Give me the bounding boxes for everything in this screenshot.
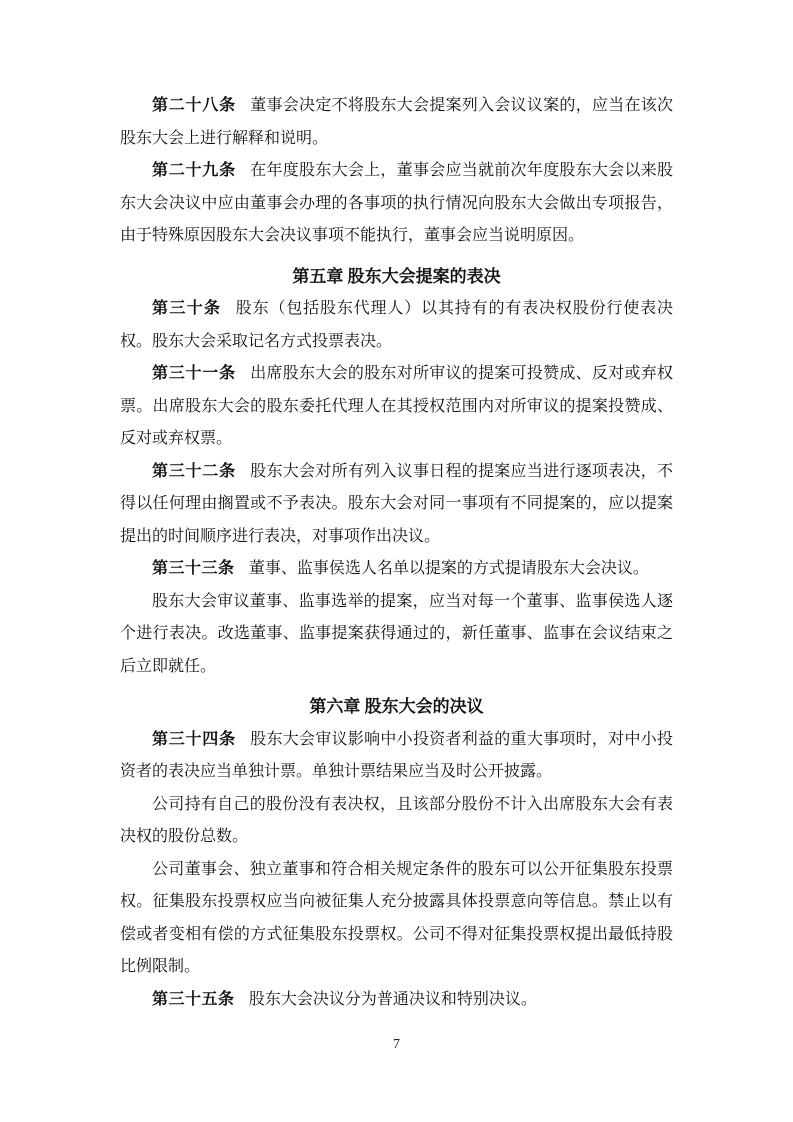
- page-number: 7: [0, 1036, 793, 1054]
- body-paragraph: 公司董事会、独立董事和符合相关规定条件的股东可以公开征集股东投票权。征集股东投票…: [120, 854, 673, 984]
- article-number: 第三十一条: [152, 365, 236, 382]
- document-body: 第二十八条董事会决定不将股东大会提案列入会议议案的，应当在该次股东大会上进行解释…: [120, 90, 673, 1016]
- article-number: 第三十二条: [152, 463, 236, 480]
- article-number: 第三十三条: [152, 560, 235, 577]
- article-paragraph: 第二十八条董事会决定不将股东大会提案列入会议议案的，应当在该次股东大会上进行解释…: [120, 90, 673, 155]
- article-paragraph: 第三十一条出席股东大会的股东对所审议的提案可投赞成、反对或弃权票。出席股东大会的…: [120, 358, 673, 456]
- article-number: 第二十九条: [152, 162, 236, 179]
- chapter-heading: 第六章 股东大会的决议: [120, 691, 673, 724]
- article-number: 第三十条: [152, 300, 221, 317]
- article-paragraph: 第二十九条在年度股东大会上，董事会应当就前次年度股东大会以来股东大会决议中应由董…: [120, 155, 673, 253]
- body-paragraph: 公司持有自己的股份没有表决权，且该部分股份不计入出席股东大会有表决权的股份总数。: [120, 789, 673, 854]
- article-paragraph: 第三十二条股东大会对所有列入议事日程的提案应当进行逐项表决，不得以任何理由搁置或…: [120, 456, 673, 554]
- chapter-heading: 第五章 股东大会提案的表决: [120, 261, 673, 294]
- article-paragraph: 第三十三条董事、监事侯选人名单以提案的方式提请股东大会决议。: [120, 553, 673, 586]
- article-text: 股东大会决议分为普通决议和特别决议。: [249, 991, 537, 1008]
- article-number: 第二十八条: [152, 97, 236, 114]
- article-paragraph: 第三十条股东（包括股东代理人）以其持有的有表决权股份行使表决权。股东大会采取记名…: [120, 293, 673, 358]
- article-text: 董事、监事侯选人名单以提案的方式提请股东大会决议。: [249, 560, 649, 577]
- article-number: 第三十四条: [152, 731, 236, 748]
- article-number: 第三十五条: [152, 991, 235, 1008]
- article-paragraph: 第三十五条股东大会决议分为普通决议和特别决议。: [120, 984, 673, 1017]
- body-paragraph: 股东大会审议董事、监事选举的提案，应当对每一个董事、监事侯选人逐个进行表决。改选…: [120, 586, 673, 684]
- article-paragraph: 第三十四条股东大会审议影响中小投资者利益的重大事项时，对中小投资者的表决应当单独…: [120, 724, 673, 789]
